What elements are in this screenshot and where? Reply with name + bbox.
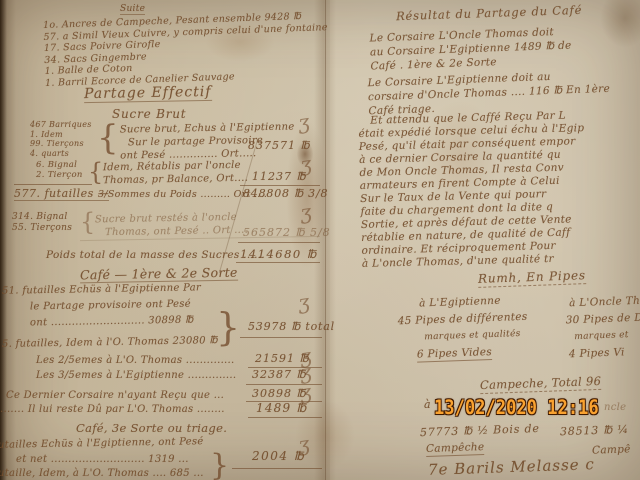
stain xyxy=(600,0,640,48)
cafe-line6: Les 3/5emes à L'Egiptienne .............… xyxy=(36,370,236,381)
melasse-line: 7e Barils Melasse c xyxy=(428,455,595,479)
sum-rule xyxy=(238,242,320,243)
sucre-row1-amount: 837571 ℔ xyxy=(248,139,310,152)
right-title: Résultat du Partage du Café xyxy=(396,3,583,23)
margin-line: 4. quarts xyxy=(30,149,92,159)
paraph-flourish: ʒ xyxy=(296,431,311,456)
cafe-line2: le Partage provisoire ont Pesé xyxy=(30,299,191,313)
campeche-left-amount: 57773 ℔ ½ Bois de xyxy=(420,422,540,439)
sucre-row2-text: Idem, Rétablis par l'oncle Thomas, pr Ba… xyxy=(103,159,248,188)
sum-rule xyxy=(240,185,320,186)
rum-title: Rumh, En Pipes xyxy=(478,268,586,288)
sucre-total-label: Poids total de la masse des Sucres .....… xyxy=(46,249,265,261)
paraph-flourish: ʒ xyxy=(298,151,313,176)
rum-line: marques et qualités xyxy=(424,326,528,347)
row-text-line: Thomas, pr Balance, Ort.... xyxy=(103,172,248,188)
cafe-amount8: 1489 ℔ xyxy=(256,401,307,415)
paraph-flourish: ʒ xyxy=(298,199,313,224)
cafe-amount7: 30898 ℔ xyxy=(252,387,307,400)
brace: } xyxy=(80,208,95,236)
row-text-line: Thomas, ont Pesé .. Ort .... xyxy=(105,224,248,239)
cargo-list: 1o. Ancres de Campeche, Pesant ensemble … xyxy=(43,10,330,89)
cafe-line8: ....... Il lui reste Dû par L'O. Thomas … xyxy=(0,404,225,415)
brace: } xyxy=(216,305,240,349)
section-title-partage: Partage Effectif xyxy=(84,84,212,103)
brace: } xyxy=(210,448,229,480)
cafe-line7: Ce Dernier Corsaire n'ayant Reçu que ... xyxy=(6,390,224,401)
cafe-amount6: 32387 ℔ xyxy=(252,368,307,381)
sum-rule xyxy=(240,337,322,338)
margin-line: 2. Tierçon xyxy=(36,170,83,180)
paraph-flourish: ʒ xyxy=(296,289,311,314)
margin-line: 55. Tierçons xyxy=(12,223,72,234)
sucre-row1-margin: 467 Barriques 1. Idem 99. Tierçons 4. qu… xyxy=(30,120,92,158)
right-para1: Le Corsaire L'Oncle Thomas doit au Corsa… xyxy=(369,24,572,73)
sucre-row2-amount: 11237 ℔ xyxy=(252,170,307,183)
right-para3: Et attendu que le Caffé Reçu Par L était… xyxy=(358,109,588,271)
cafe-line1: 51. futailles Echüs à l'Egiptienne Par xyxy=(2,282,201,296)
margin-line: 467 Barriques xyxy=(30,120,92,130)
paraph-flourish: ʒ xyxy=(296,109,311,134)
sucre-row4-margin: 314. Bignal 55. Tierçons xyxy=(12,212,72,233)
margin-line: 314. Bignal xyxy=(12,212,72,223)
cafe-line4: 5. futailles, Idem à l'O. Thomas 23080 ℔ xyxy=(2,335,218,350)
sucre-row3-amount: 848808 ℔ 3/8 xyxy=(243,187,328,200)
sucre-row4-amount: 565872 ℔ 5/8 xyxy=(243,226,331,239)
campeche-title: Campeche, Total 96 xyxy=(480,374,602,394)
sum-rule xyxy=(232,468,322,469)
camera-timestamp: 13/02/2020 12:16 xyxy=(434,396,599,419)
cafe3-amount: 2004 ℔ xyxy=(252,449,305,463)
rum-line: 6 Pipes Vides xyxy=(417,343,529,364)
sum-rule xyxy=(236,262,320,263)
section-title-cafe3: Café, 3e Sorte ou triage. xyxy=(76,421,227,435)
rum-line: 4 Pipes Vi xyxy=(569,344,640,364)
rum-column-oncle-thomas: à L'Oncle Th 30 Pipes de D marques et 4 … xyxy=(565,293,640,364)
brace: } xyxy=(88,158,103,186)
page-header: Suite xyxy=(120,4,145,15)
cafe3-line3: futaille, Idem, à L'O. Thomas .... 685 .… xyxy=(0,468,204,479)
document-photo: Suite 1o. Ancres de Campeche, Pesant ens… xyxy=(0,0,640,480)
rum-column-egiptienne: à L'Egiptienne 45 Pipes de différentes m… xyxy=(397,292,529,364)
margin-line: 6. Bignal xyxy=(36,160,83,170)
campeche-right-fragment: ncle xyxy=(604,402,626,413)
cafe-sum-amount: 53978 ℔ total xyxy=(248,320,335,333)
rum-line: 30 Pipes de D xyxy=(565,310,640,330)
campeche-left-fragment: à xyxy=(424,398,431,411)
section-title-sucre: Sucre Brut xyxy=(112,107,186,121)
section-title-cafe: Café — 1ère & 2e Sorte xyxy=(80,265,238,284)
sucre-total-amount: 1414680 ℔ xyxy=(240,247,318,261)
rum-line-text: 6 Pipes Vides xyxy=(417,346,493,363)
sucre-row3-margin: 577. futailles — xyxy=(14,187,109,201)
margin-line: 1. Idem xyxy=(30,130,92,140)
campeche-right-amount: 38513 ℔ ¼ xyxy=(560,423,629,438)
sucre-row3-text: 3/Sommes du Poids ......... Ort .... xyxy=(98,189,267,200)
campeche-left-label: Campêche xyxy=(426,441,485,457)
cafe3-line1: futailles Echüs à l'Egiptienne, ont Pesé xyxy=(0,436,204,451)
sucre-row2-margin: 6. Bignal 2. Tierçon xyxy=(36,160,83,180)
cafe-line5: Les 2/5emes à L'O. Thomas .............. xyxy=(36,355,234,366)
sucre-row4-text: Sucre brut restés à l'oncle Thomas, ont … xyxy=(95,211,248,240)
sum-rule xyxy=(14,184,92,185)
campeche-right-label: Campê xyxy=(592,443,631,456)
cafe3-line2: et net ........................... 1319 … xyxy=(16,454,189,465)
sum-rule xyxy=(246,384,322,385)
margin-line: 99. Tierçons xyxy=(30,139,92,149)
brace: } xyxy=(97,118,119,158)
sum-rule xyxy=(248,417,322,418)
cafe-line3: ont ........................... 30898 ℔ xyxy=(30,315,194,329)
